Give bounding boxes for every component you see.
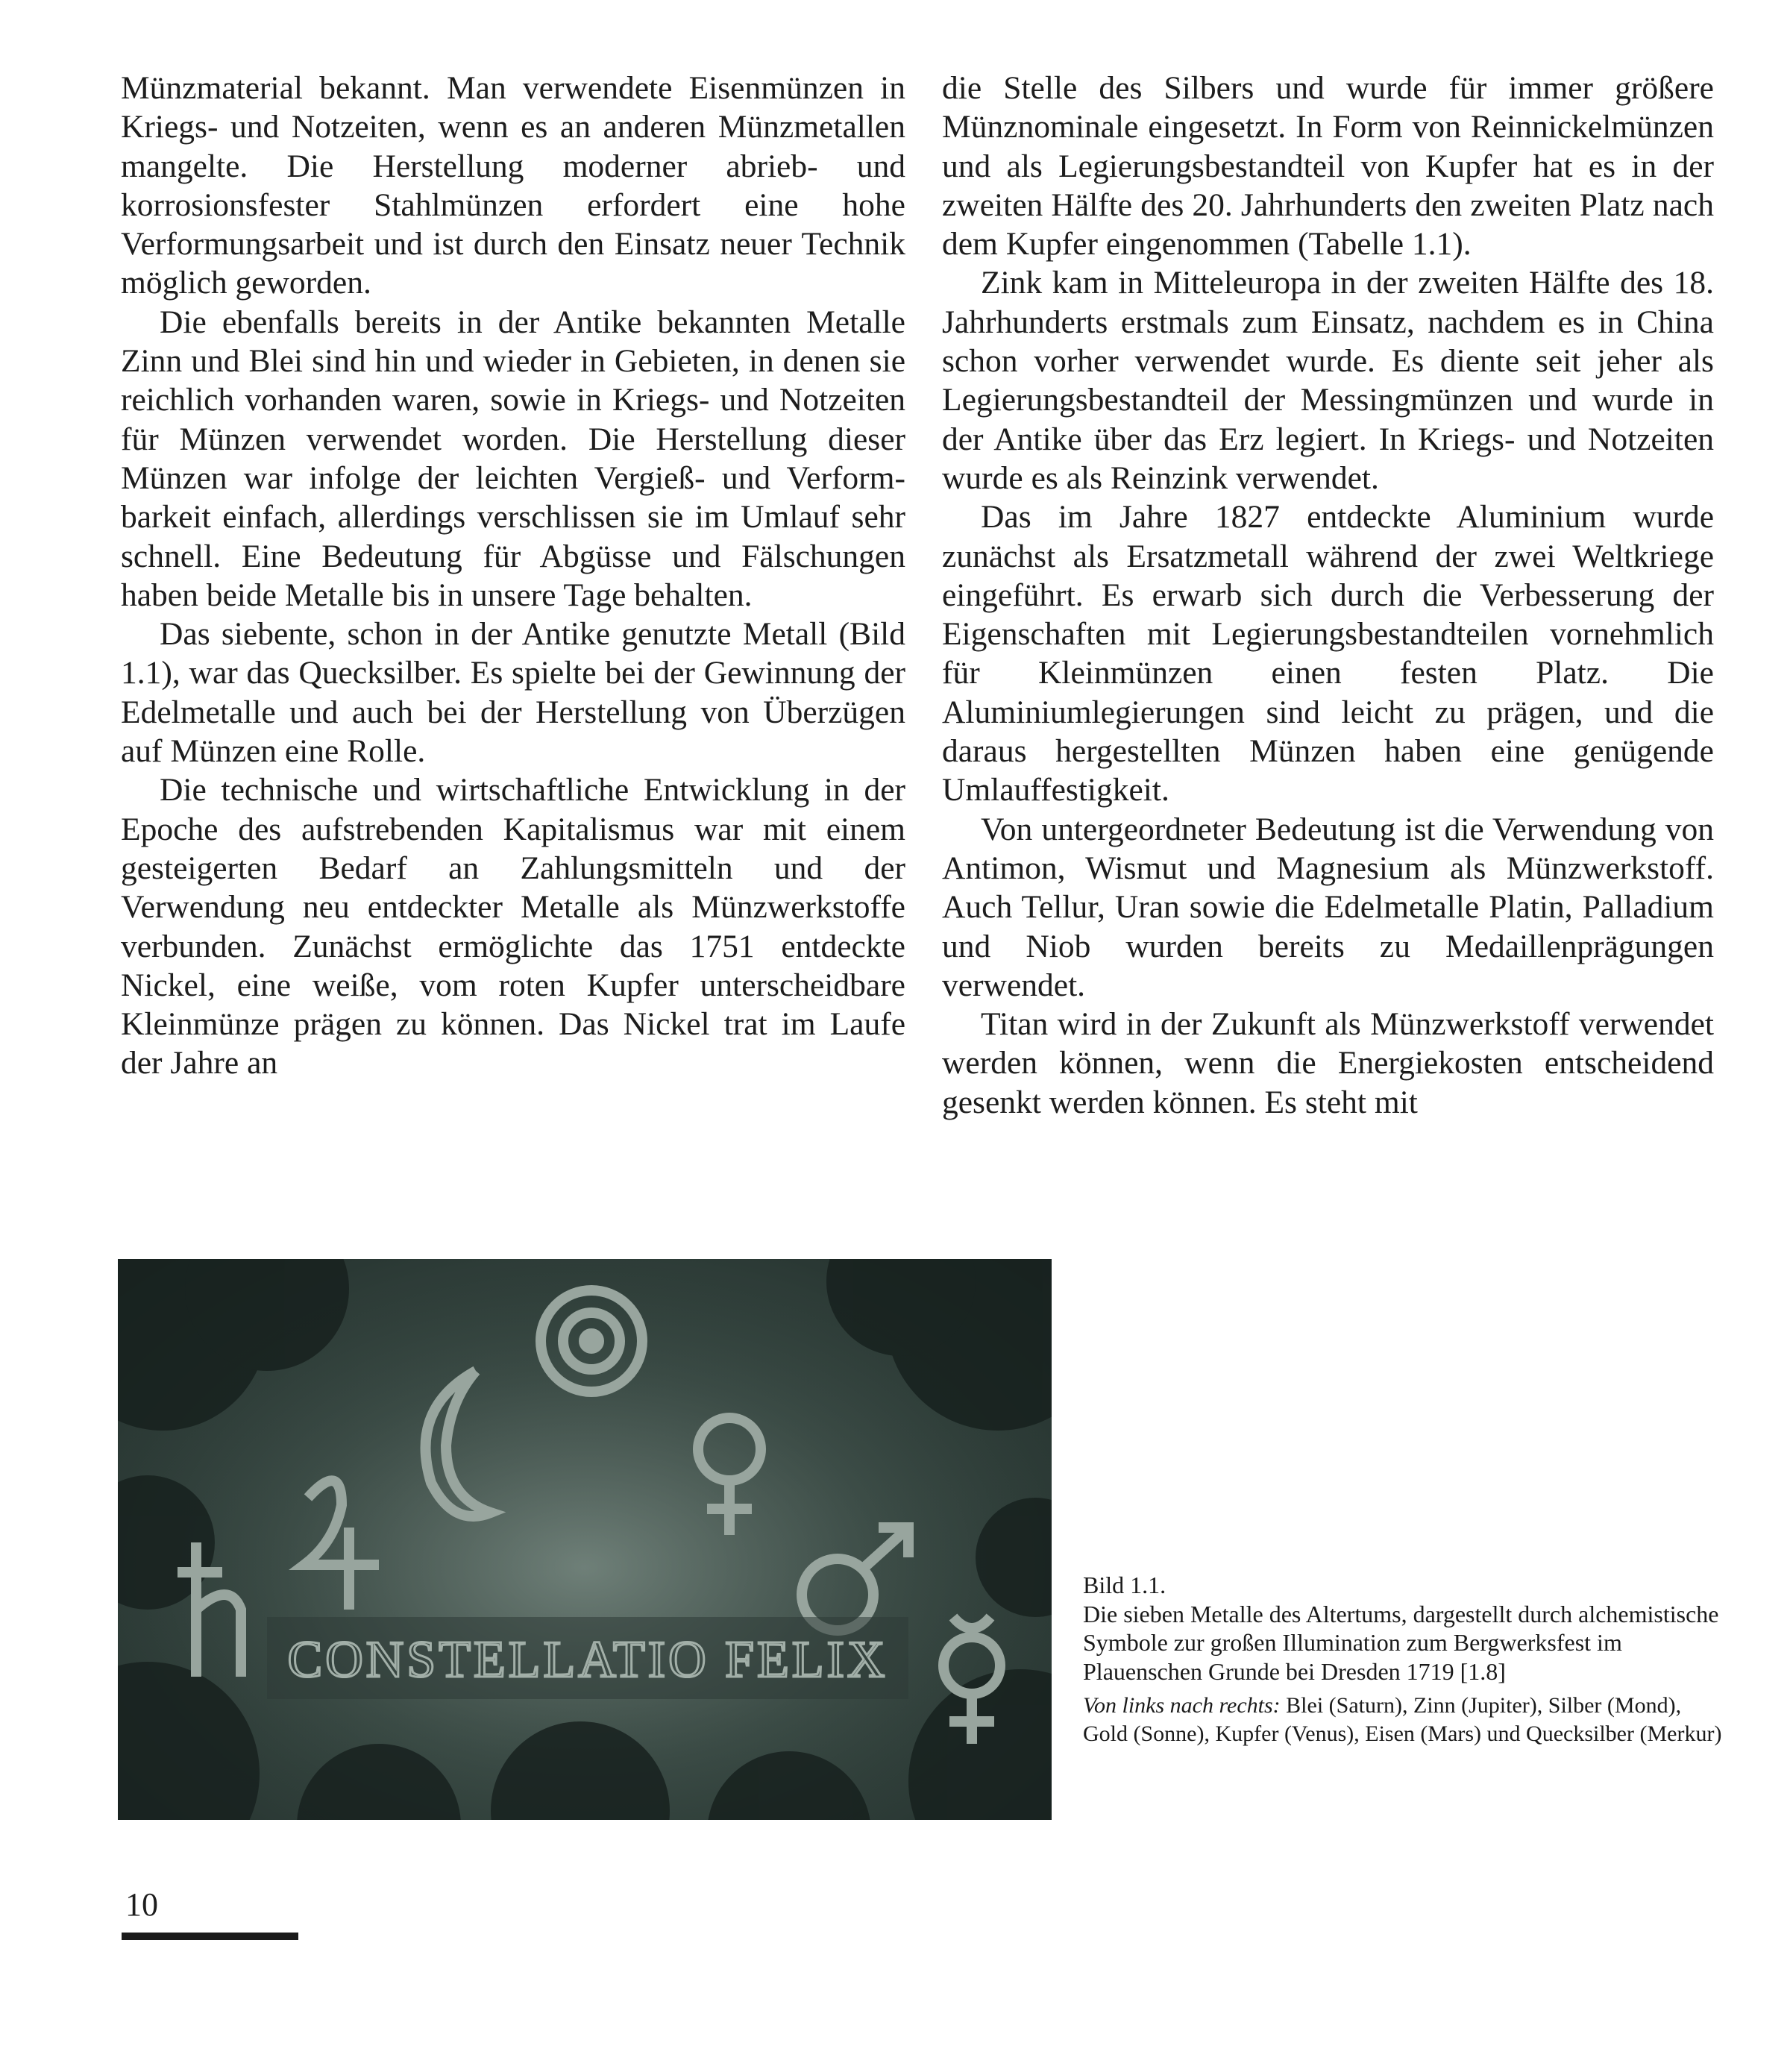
figure-caption: Bild 1.1. Die sieben Metalle des Altertu… (1083, 1571, 1724, 1748)
figure-illustration: CONSTELLATIO FELIX (118, 1259, 1052, 1820)
caption-legend: Von links nach rechts: Blei (Saturn), Zi… (1083, 1692, 1724, 1748)
paragraph: Das siebente, schon in der Antike genutz… (121, 615, 905, 770)
footer-rule (122, 1933, 298, 1940)
paragraph: Das im Jahre 1827 entdeckte Aluminium wu… (942, 497, 1714, 809)
paragraph: Münzmaterial bekannt. Man verwendete Eis… (121, 69, 905, 303)
left-text-column: Münzmaterial bekannt. Man verwendete Eis… (121, 69, 905, 1083)
paragraph: die Stelle des Silbers und wurde für imm… (942, 69, 1714, 263)
paragraph: Die ebenfalls bereits in der Antike beka… (121, 303, 905, 615)
caption-text: Die sieben Metalle des Altertums, darges… (1083, 1601, 1719, 1685)
figure-inscription: CONSTELLATIO FELIX (288, 1631, 888, 1689)
caption-legend-lead: Von links nach rechts: (1083, 1693, 1281, 1718)
caption-label: Bild 1.1. (1083, 1571, 1724, 1600)
figure-alchemical-symbols: CONSTELLATIO FELIX (118, 1259, 1052, 1820)
paragraph: Die technische und wirtschaftliche Entwi… (121, 770, 905, 1082)
right-text-column: die Stelle des Silbers und wurde für imm… (942, 69, 1714, 1122)
paragraph: Von untergeordneter Bedeutung ist die Ve… (942, 810, 1714, 1005)
page-number: 10 (125, 1886, 158, 1924)
paragraph: Titan wird in der Zukunft als Münzwerkst… (942, 1005, 1714, 1122)
paragraph: Zink kam in Mitteleuropa in der zweiten … (942, 263, 1714, 497)
